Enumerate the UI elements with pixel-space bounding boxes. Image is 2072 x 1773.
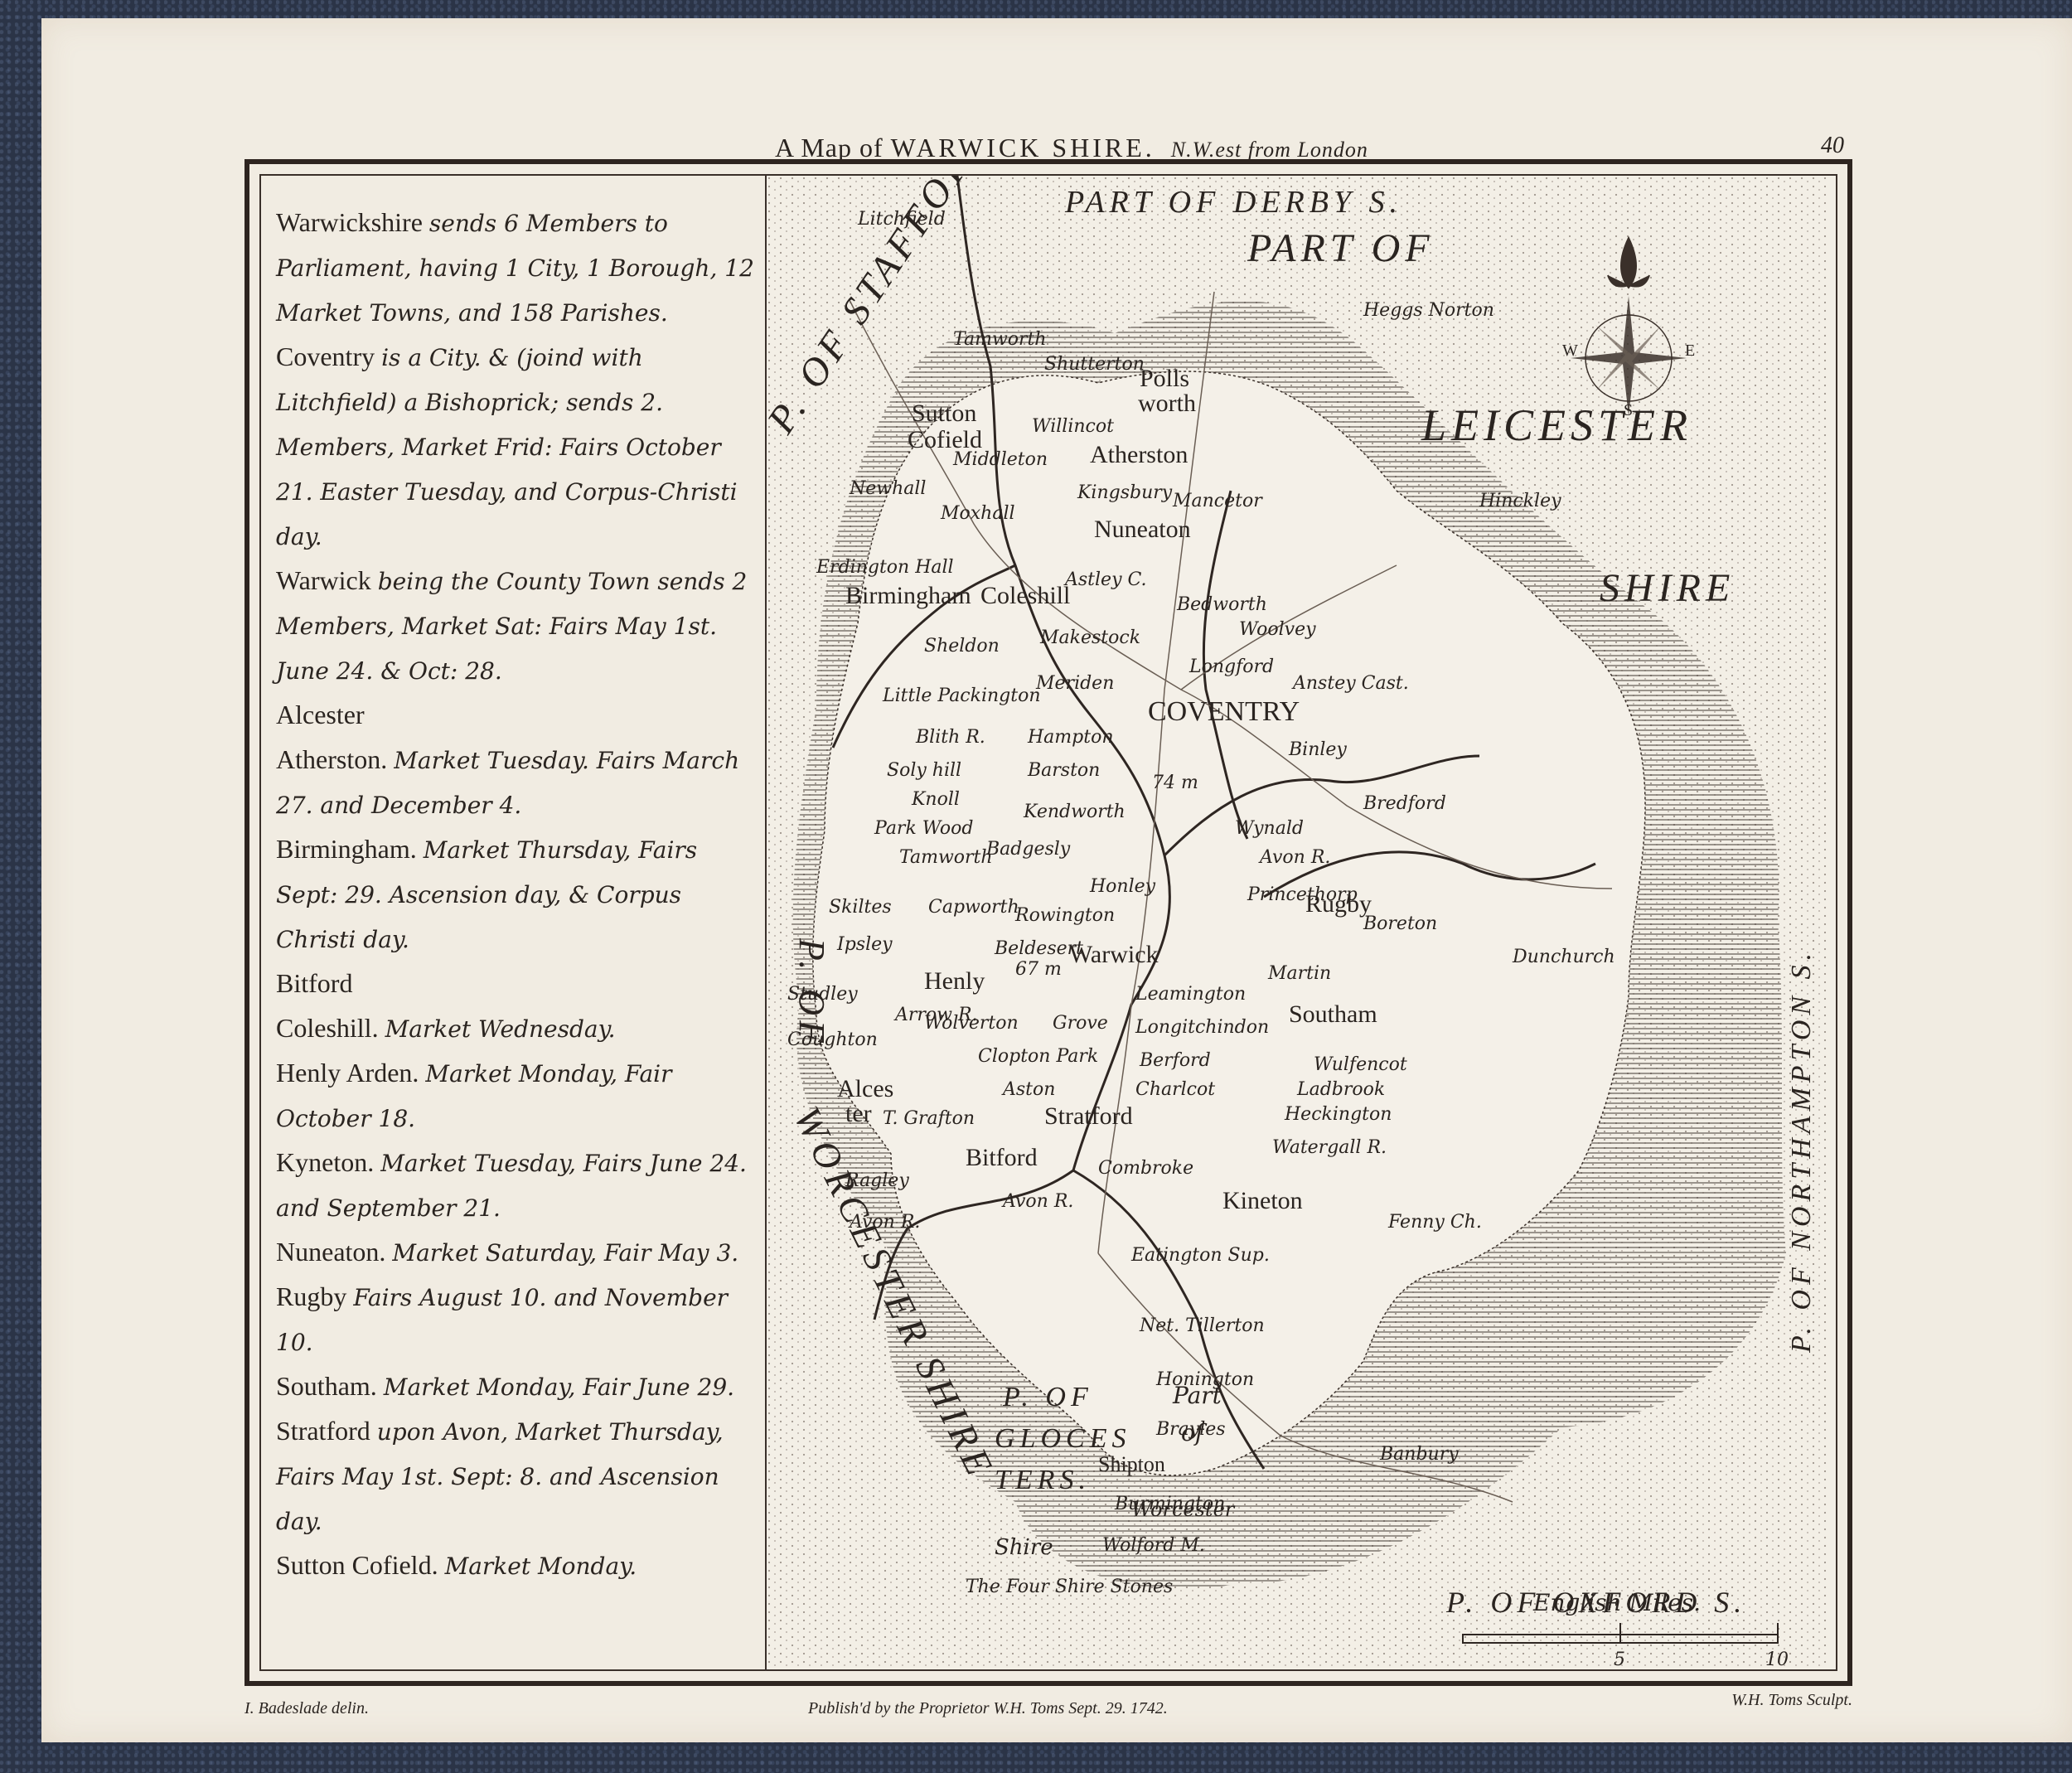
- note-town: Nuneaton.: [276, 1237, 385, 1267]
- village-label: Woolvey: [1239, 619, 1316, 640]
- town-worth: worth: [1138, 390, 1196, 418]
- village-label: Burmington: [1115, 1494, 1225, 1514]
- village-label: Moxhall: [941, 503, 1015, 524]
- note-entry: Coventry is a City. & (joind with Litchf…: [276, 335, 758, 559]
- note-town: Henly Arden.: [276, 1058, 419, 1088]
- village-label: Kendworth: [1024, 802, 1126, 822]
- note-town: Atherston.: [276, 744, 387, 774]
- town-kineton: Kineton: [1222, 1187, 1303, 1215]
- title-sub: N.W.est from London: [1171, 138, 1368, 162]
- note-entry: Alcester: [276, 693, 758, 738]
- village-label: Princethorp: [1247, 884, 1358, 905]
- note-entry: Atherston. Market Tuesday. Fairs March 2…: [276, 738, 758, 827]
- village-label: Ladbrook: [1297, 1079, 1385, 1100]
- note-entry: Warwickshire sends 6 Members to Parliame…: [276, 201, 758, 335]
- engraver-credit: W.H. Toms Sculpt.: [1731, 1691, 1852, 1710]
- village-label: Heggs Norton: [1363, 300, 1494, 321]
- village-label: Park Wood: [874, 818, 973, 839]
- map-area: PART OF DERBY S. P. OF STAFFORD S. PART …: [767, 176, 1836, 1669]
- note-town: Southam.: [276, 1371, 377, 1401]
- village-label: Barston: [1028, 760, 1100, 781]
- village-label: Newhall: [850, 478, 926, 499]
- village-label: 67 m: [1015, 959, 1062, 980]
- note-description: Market Monday, Fair June 29.: [384, 1373, 734, 1401]
- village-label: Fenny Ch.: [1388, 1212, 1482, 1233]
- village-label: Rowington: [1015, 905, 1115, 926]
- village-label: Middleton: [953, 449, 1048, 470]
- note-entry: Warwick being the County Town sends 2 Me…: [276, 559, 758, 693]
- village-label: Makestock: [1040, 627, 1140, 648]
- village-label: Boreton: [1363, 913, 1437, 934]
- village-label: Shutterton: [1044, 354, 1145, 375]
- village-label: Ragley: [845, 1170, 909, 1191]
- region-northampton: P. OF NORTHAMPTON S.: [1786, 948, 1818, 1353]
- village-label: Astley C.: [1065, 569, 1147, 590]
- village-label: Net. Tillerton: [1140, 1315, 1265, 1336]
- village-label: Hampton: [1028, 727, 1114, 748]
- note-description: is a City. & (joind with Litchfield) a B…: [276, 344, 738, 550]
- town-alcester: Alces: [837, 1075, 893, 1103]
- village-label: Combroke: [1098, 1158, 1193, 1179]
- village-label: Bredford: [1363, 793, 1446, 814]
- village-label: Charlcot: [1135, 1079, 1215, 1100]
- page-number: 40: [1821, 133, 1844, 159]
- town-bitford: Bitford: [966, 1144, 1038, 1172]
- scale-title: English Miles.: [1533, 1589, 1701, 1616]
- town-coventry: COVENTRY: [1148, 696, 1300, 728]
- village-label: Avon R.: [1003, 1191, 1073, 1212]
- town-nuneaton: Nuneaton: [1094, 516, 1191, 544]
- note-town: Coventry: [276, 342, 375, 371]
- village-label: Kingsbury: [1077, 482, 1172, 503]
- note-entry: Coleshill. Market Wednesday.: [276, 1006, 758, 1051]
- region-worc-shire: Shire: [995, 1535, 1053, 1560]
- village-label: Heckington: [1285, 1104, 1392, 1125]
- village-label: Honington: [1156, 1369, 1254, 1390]
- note-entry: Henly Arden. Market Monday, Fair October…: [276, 1051, 758, 1141]
- region-leicester-shire: SHIRE: [1600, 565, 1735, 611]
- note-entry: Southam. Market Monday, Fair June 29.: [276, 1364, 758, 1409]
- scale-tick-5: 5: [1614, 1649, 1625, 1669]
- village-label: Honley: [1090, 876, 1155, 897]
- note-town: Alcester: [276, 700, 365, 729]
- town-stratford: Stratford: [1044, 1102, 1133, 1131]
- town-shipton: Shipton: [1098, 1452, 1165, 1477]
- town-polls: Polls: [1140, 365, 1189, 393]
- village-label: Brayles: [1156, 1419, 1226, 1440]
- draughtsman-credit: I. Badeslade delin.: [244, 1699, 369, 1718]
- town-coleshill: Coleshill: [980, 582, 1070, 610]
- town-birmingham: Birmingham: [845, 582, 971, 610]
- region-gloucester-p: P. OF: [1003, 1382, 1093, 1413]
- note-town: Coleshill.: [276, 1013, 379, 1043]
- publisher-imprint: Publish'd by the Proprietor W.H. Toms Se…: [808, 1699, 1168, 1718]
- village-label: Avon R.: [1260, 847, 1330, 868]
- compass-s: S: [1624, 401, 1633, 420]
- village-label: Wolford M.: [1102, 1535, 1205, 1556]
- note-town: Stratford: [276, 1416, 370, 1446]
- note-town: Sutton Cofield.: [276, 1550, 438, 1580]
- county-notes-panel: Warwickshire sends 6 Members to Parliame…: [261, 176, 767, 1669]
- note-entry: Sutton Cofield. Market Monday.: [276, 1543, 758, 1588]
- village-label: Longford: [1189, 656, 1274, 677]
- village-label: Coughton: [787, 1029, 878, 1050]
- village-label: Longitchindon: [1135, 1017, 1269, 1038]
- village-label: Banbury: [1380, 1444, 1459, 1465]
- note-town: Bitford: [276, 968, 352, 998]
- village-label: The Four Shire Stones: [966, 1577, 1173, 1597]
- village-label: Eatington Sup.: [1131, 1245, 1270, 1266]
- note-town: Kyneton.: [276, 1147, 374, 1177]
- scale-tick-10: 10: [1765, 1649, 1789, 1669]
- village-label: Erdington Hall: [816, 557, 954, 578]
- note-town: Warwickshire: [276, 207, 423, 237]
- village-label: Hinckley: [1479, 491, 1561, 511]
- village-label: Mancetor: [1173, 491, 1262, 511]
- title-prefix: A Map of: [775, 133, 884, 162]
- village-label: Soly hill: [887, 760, 961, 781]
- town-alcester-ter: ter: [845, 1100, 872, 1128]
- note-entry: Kyneton. Market Tuesday, Fairs June 24. …: [276, 1141, 758, 1230]
- note-description: Market Monday.: [445, 1553, 637, 1580]
- village-label: Clopton Park: [978, 1046, 1098, 1067]
- note-entry: Birmingham. Market Thursday, Fairs Sept:…: [276, 827, 758, 962]
- village-label: 74 m: [1152, 773, 1198, 793]
- town-henly: Henly: [924, 967, 985, 995]
- region-gloucester: GLOCES: [995, 1423, 1130, 1455]
- note-description: Market Saturday, Fair May 3.: [392, 1239, 738, 1267]
- village-label: Anstey Cast.: [1293, 673, 1409, 694]
- note-description: Market Wednesday.: [385, 1015, 616, 1043]
- village-label: Meriden: [1036, 673, 1114, 694]
- compass-e: E: [1685, 342, 1695, 361]
- village-label: Binley: [1289, 739, 1347, 760]
- village-label: Dunchurch: [1513, 947, 1615, 967]
- town-sutton: Sutton: [912, 400, 976, 428]
- region-leicester-part: PART OF: [1247, 225, 1435, 271]
- village-label: Willincot: [1032, 416, 1114, 437]
- village-label: Bedworth: [1177, 594, 1267, 615]
- village-label: Grove: [1053, 1013, 1108, 1034]
- village-label: Skiltes: [829, 897, 892, 918]
- note-town: Rugby: [276, 1281, 346, 1311]
- village-label: Leamington: [1135, 984, 1246, 1005]
- village-label: Studley: [787, 984, 858, 1005]
- note-entry: Rugby Fairs August 10. and November 10.: [276, 1275, 758, 1364]
- note-town: Warwick: [276, 565, 371, 595]
- village-label: Wulfencot: [1314, 1054, 1407, 1075]
- region-leicester: LEICESTER: [1421, 400, 1692, 451]
- village-label: Aston: [1003, 1079, 1055, 1100]
- title-main: WARWICK SHIRE.: [891, 133, 1155, 162]
- region-derby: PART OF DERBY S.: [1065, 184, 1402, 220]
- village-label: Blith R.: [916, 727, 985, 748]
- note-town: Birmingham.: [276, 834, 417, 864]
- village-label: Ipsley: [837, 934, 893, 955]
- town-southam: Southam: [1289, 1000, 1377, 1029]
- note-entry: Nuneaton. Market Saturday, Fair May 3.: [276, 1230, 758, 1275]
- village-label: Tamworth: [899, 847, 993, 868]
- village-label: Tamworth: [953, 329, 1047, 350]
- village-label: Watergall R.: [1272, 1137, 1387, 1158]
- village-label: Sheldon: [924, 636, 1000, 656]
- village-label: Berford: [1140, 1050, 1211, 1071]
- imprint-footer: I. Badeslade delin. Publish'd by the Pro…: [244, 1691, 1852, 1724]
- note-entry: Bitford: [276, 962, 758, 1006]
- village-label: T. Grafton: [883, 1108, 975, 1129]
- town-atherston: Atherston: [1090, 441, 1188, 469]
- region-gloucester-ters: TERS.: [995, 1465, 1091, 1496]
- village-label: Avon R.: [850, 1212, 920, 1233]
- village-label: Knoll: [912, 789, 960, 810]
- village-label: Badgesly: [986, 839, 1070, 860]
- village-label: Beldesert: [995, 938, 1083, 959]
- note-entry: Stratford upon Avon, Market Thursday, Fa…: [276, 1409, 758, 1543]
- compass-w: W: [1562, 342, 1578, 361]
- map-frame: Warwickshire sends 6 Members to Parliame…: [244, 159, 1852, 1686]
- village-label: Arrow R.: [895, 1005, 978, 1025]
- village-label: Litchfield: [858, 209, 946, 230]
- village-label: Little Packington: [883, 685, 1041, 706]
- village-label: Martin: [1268, 963, 1331, 984]
- village-label: Wynald: [1235, 818, 1304, 839]
- village-label: Capworth: [928, 897, 1019, 918]
